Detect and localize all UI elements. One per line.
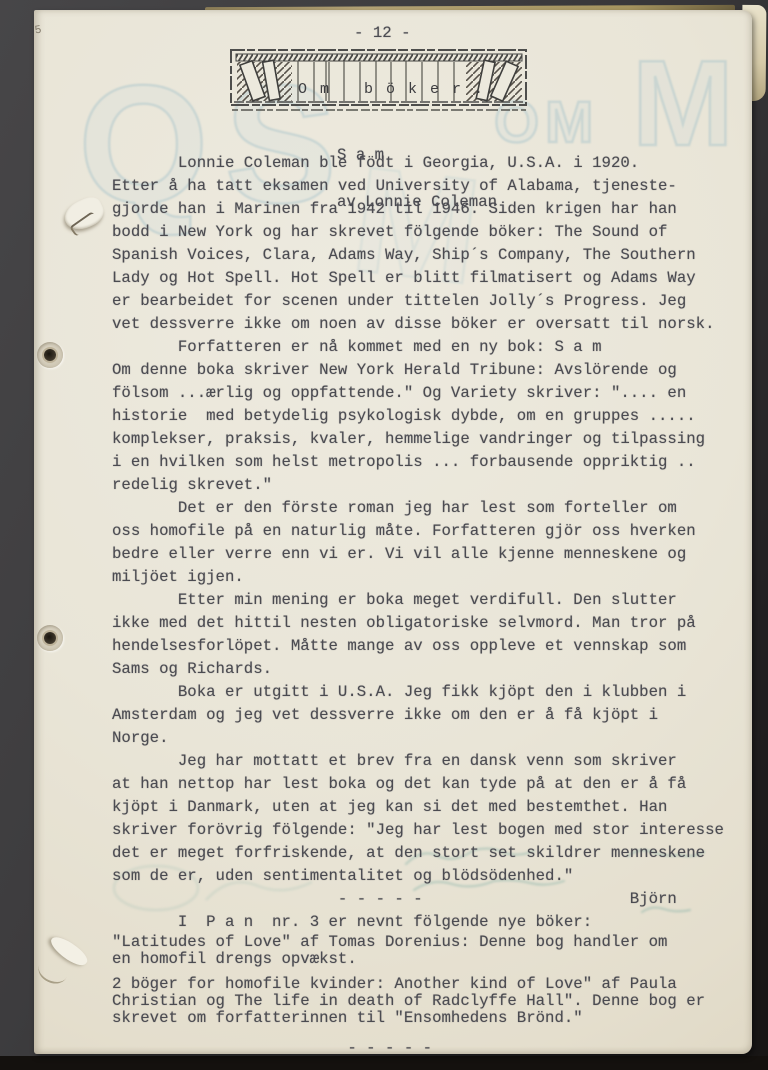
typed-line: gjorde han i Marinen fra 1942 til 1946. … (112, 198, 744, 221)
scan-backdrop: { "page_number": "- 12 -", "corner_mark"… (0, 0, 768, 1070)
typed-line (112, 1027, 744, 1037)
typed-line: - - - - - (112, 1037, 744, 1054)
typed-line: Etter å ha tatt eksamen ved University o… (112, 175, 744, 198)
typed-line: bodd i New York og har skrevet fölgende … (112, 221, 744, 244)
typed-line: 2 böger for homofile kvinder: Another ki… (112, 976, 744, 993)
typed-line: skriver forövrig fölgende: "Jeg har lest… (112, 819, 744, 842)
document-page: QS M OM M - 12 - (34, 10, 752, 1054)
typed-line: hendelsesforlöpet. Måtte mange av oss op… (112, 635, 744, 658)
typed-line: redelig skrevet." (112, 474, 744, 497)
typed-line: er bearbeidet for scenen under tittelen … (112, 290, 744, 313)
punch-hole-top (37, 342, 63, 368)
bookshelf-drawing: Om böker. (228, 46, 530, 116)
typed-line: Lady og Hot Spell. Hot Spell er blitt fi… (112, 267, 744, 290)
typed-line: Det er den förste roman jeg har lest som… (112, 497, 744, 520)
typed-line: Christian og The life in death of Radcly… (112, 993, 744, 1010)
typed-line: komplekser, praksis, kvaler, hemmelige v… (112, 428, 744, 451)
typed-text: Lonnie Coleman ble födt i Georgia, U.S.A… (112, 152, 744, 1054)
typed-line: - - - - - Björn (112, 888, 744, 911)
typed-line: at han nettop har lest boka og det kan t… (112, 773, 744, 796)
typed-line: historie med betydelig psykologisk dybde… (112, 405, 744, 428)
typed-line: "Latitudes of Love" af Tomas Dorenius: D… (112, 934, 744, 951)
typed-line: ikke med det hittil nesten obligatoriske… (112, 612, 744, 635)
typed-line: en homofil drengs opvækst. (112, 951, 744, 968)
typed-line: oss homofile på en naturlig måte. Forfat… (112, 520, 744, 543)
typed-line: i en hvilken som helst metropolis ... fo… (112, 451, 744, 474)
typed-line: Om denne boka skriver New York Herald Tr… (112, 359, 744, 382)
typed-line: Boka er utgitt i U.S.A. Jeg fikk kjöpt d… (112, 681, 744, 704)
typed-line: Jeg har mottatt et brev fra en dansk ven… (112, 750, 744, 773)
typed-line: Spanish Voices, Clara, Adams Way, Ship´s… (112, 244, 744, 267)
typed-line: Lonnie Coleman ble födt i Georgia, U.S.A… (112, 152, 744, 175)
typed-line: miljöet igjen. (112, 566, 744, 589)
typed-line: fölsom ...ærlig og oppfattende." Og Vari… (112, 382, 744, 405)
backdrop-shadow-bottom (0, 1056, 768, 1070)
staple-damage (58, 188, 116, 260)
typed-line: Sams og Richards. (112, 658, 744, 681)
typed-line: Norge. (112, 727, 744, 750)
typed-line: som de er, uden sentimentalitet og blöds… (112, 865, 744, 888)
typed-line: Forfatteren er nå kommet med en ny bok: … (112, 336, 744, 359)
typed-line: det er meget forfriskende, at den stort … (112, 842, 744, 865)
typed-line: Etter min mening er boka meget verdifull… (112, 589, 744, 612)
punch-hole-bottom (37, 625, 63, 651)
typed-line: bedre eller verre enn vi er. Vi vil alle… (112, 543, 744, 566)
page-number: - 12 - (354, 24, 410, 42)
paper-tear (34, 915, 106, 1023)
typed-line: vet dessverre ikke om noen av disse böke… (112, 313, 744, 336)
bleedthrough-letters: M (632, 42, 734, 164)
typed-line: I P a n nr. 3 er nevnt fölgende nye böke… (112, 911, 744, 934)
typed-line: Amsterdam og jeg vet dessverre ikke om d… (112, 704, 744, 727)
bookshelf-label: Om böker. (298, 81, 496, 98)
typed-line: skrevet om forfatterinnen til "Ensomhede… (112, 1010, 744, 1027)
pencil-mark-5: 5 (34, 24, 42, 37)
typed-line: kjöpt i Danmark, uten at jeg kan si det … (112, 796, 744, 819)
